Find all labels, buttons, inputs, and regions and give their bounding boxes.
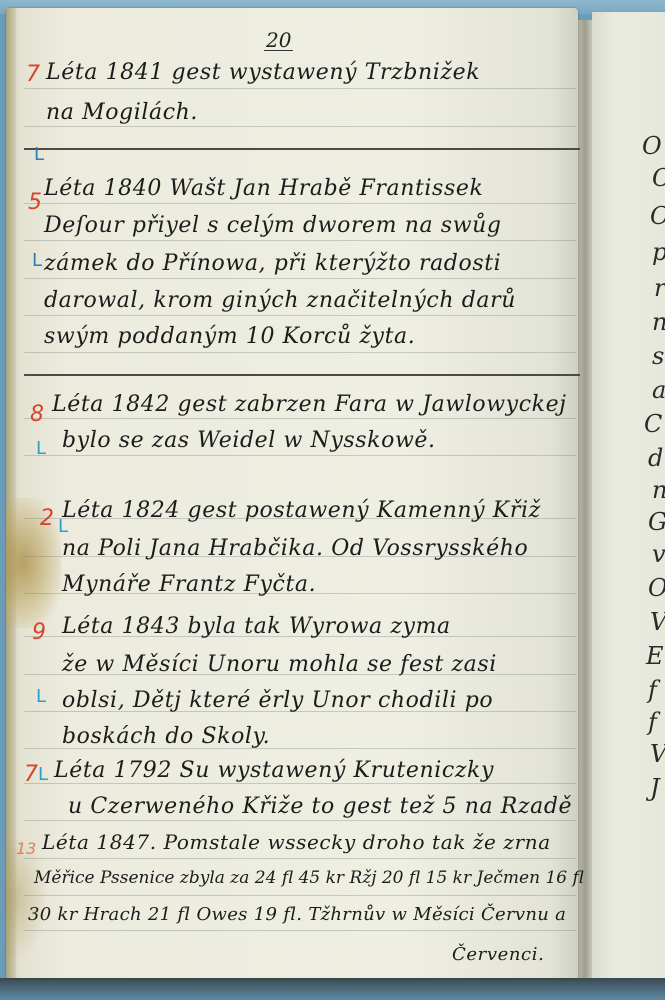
entry-line: Léta 1792 Su wystawený Kruteniczky: [54, 758, 494, 783]
facing-page-fragment: n: [652, 476, 665, 504]
facing-page-fragment: f: [648, 708, 657, 736]
entry-line: oblsi, Dětj které ěrly Unor chodili po: [62, 688, 493, 713]
entry-line: že w Měsíci Unoru mohla se fest zasi: [62, 652, 497, 677]
ruled-line: [24, 418, 576, 419]
facing-page-fragment: O: [650, 202, 665, 230]
entry-line: Měřice Pssenice zbyla za 24 fl 45 kr Ržj…: [34, 868, 584, 888]
margin-check-mark: L: [36, 688, 46, 706]
margin-number: 7: [26, 64, 40, 86]
margin-number: 2: [40, 508, 54, 530]
entry-line: zámek do Přínowa, při kterýžto radosti: [44, 251, 501, 276]
facing-page-fragment: O: [642, 132, 662, 160]
entry-line: Léta 1843 byla tak Wyrowa zyma: [62, 614, 451, 639]
entry-line: Deſour přiyel s celým dworem na swůg: [44, 213, 502, 238]
facing-page-fragment: v: [652, 540, 665, 568]
facing-page-fragment: C: [644, 410, 662, 438]
entry-line: Léta 1842 gest zabrzen Fara w Jawlowycke…: [52, 392, 567, 417]
margin-number: 9: [32, 622, 46, 644]
facing-page-fragment: f: [648, 676, 657, 704]
entry-line: Červenci.: [452, 944, 544, 965]
backdrop-bottom: [0, 978, 665, 1000]
chronicle-page: 20 7 L Léta 1841 gest wystawený Trzbniže…: [6, 8, 578, 978]
margin-number: 8: [30, 404, 44, 426]
facing-page-fragment: d: [648, 444, 663, 472]
book-gutter: [578, 20, 592, 978]
ruled-line: [24, 240, 576, 241]
ruled-line: [24, 895, 576, 896]
entry-line: boskách do Skoly.: [62, 724, 270, 749]
page-number: 20: [264, 30, 293, 51]
facing-page-fragment: C: [652, 164, 665, 192]
facing-page-fragment: E: [646, 642, 664, 670]
entry-line: darowal, krom giných značitelných darů: [44, 288, 516, 313]
ruled-line: [24, 352, 576, 353]
margin-check-mark: L: [38, 766, 48, 784]
entry-line: Léta 1841 gest wystawený Trzbnižek: [46, 60, 480, 85]
ruled-line: [24, 930, 576, 931]
facing-page-fragment: V: [650, 740, 665, 768]
ruled-line: [24, 88, 576, 89]
margin-number: 7: [24, 764, 38, 786]
facing-page-fragment: n: [652, 308, 665, 336]
entry-line: bylo se zas Weidel w Nysskowě.: [62, 428, 436, 453]
ruled-line: [24, 126, 576, 127]
facing-page-fragment: O: [648, 574, 665, 602]
ruled-line: [24, 858, 576, 859]
facing-page-fragment: a: [652, 376, 665, 404]
entry-line: swým poddaným 10 Korců žyta.: [44, 324, 415, 349]
entry-line: Léta 1840 Wašt Jan Hrabě Frantissek: [44, 176, 483, 201]
entry-line: Léta 1847. Pomstale wssecky droho tak že…: [42, 830, 551, 854]
facing-page: O C O p r n s a C d n G v O V E f f V J: [592, 12, 665, 978]
section-divider: [24, 374, 580, 376]
ruled-line: [24, 455, 576, 456]
facing-page-fragment: J: [650, 774, 660, 802]
entry-line: Léta 1824 gest postawený Kamenný Křiž: [62, 498, 541, 523]
facing-page-fragment: p: [652, 238, 665, 266]
facing-page-fragment: r: [654, 274, 665, 302]
ruled-line: [24, 315, 576, 316]
entry-line: 30 kr Hrach 21 fl Owes 19 fl. Tžhrnův w …: [28, 904, 566, 925]
facing-page-fragment: G: [648, 508, 665, 536]
ruled-line: [24, 783, 576, 784]
margin-check-mark: L: [34, 146, 44, 164]
entry-line: na Mogilách.: [46, 100, 198, 125]
entry-line: Mynáře Frantz Fyčta.: [62, 572, 316, 597]
entry-line: u Czerweného Křiže to gest tež 5 na Rzad…: [68, 794, 572, 819]
facing-page-fragment: V: [650, 608, 665, 636]
facing-page-fragment: s: [652, 342, 664, 370]
ruled-line: [24, 820, 576, 821]
margin-check-mark: L: [36, 440, 46, 458]
ruled-line: [24, 203, 576, 204]
margin-number: 13: [16, 838, 36, 860]
entry-line: na Poli Jana Hrabčika. Od Vossrysského: [62, 536, 528, 561]
margin-check-mark: L: [32, 252, 42, 270]
ruled-line: [24, 278, 576, 279]
margin-number: 5: [28, 192, 42, 214]
section-divider: [24, 148, 580, 150]
